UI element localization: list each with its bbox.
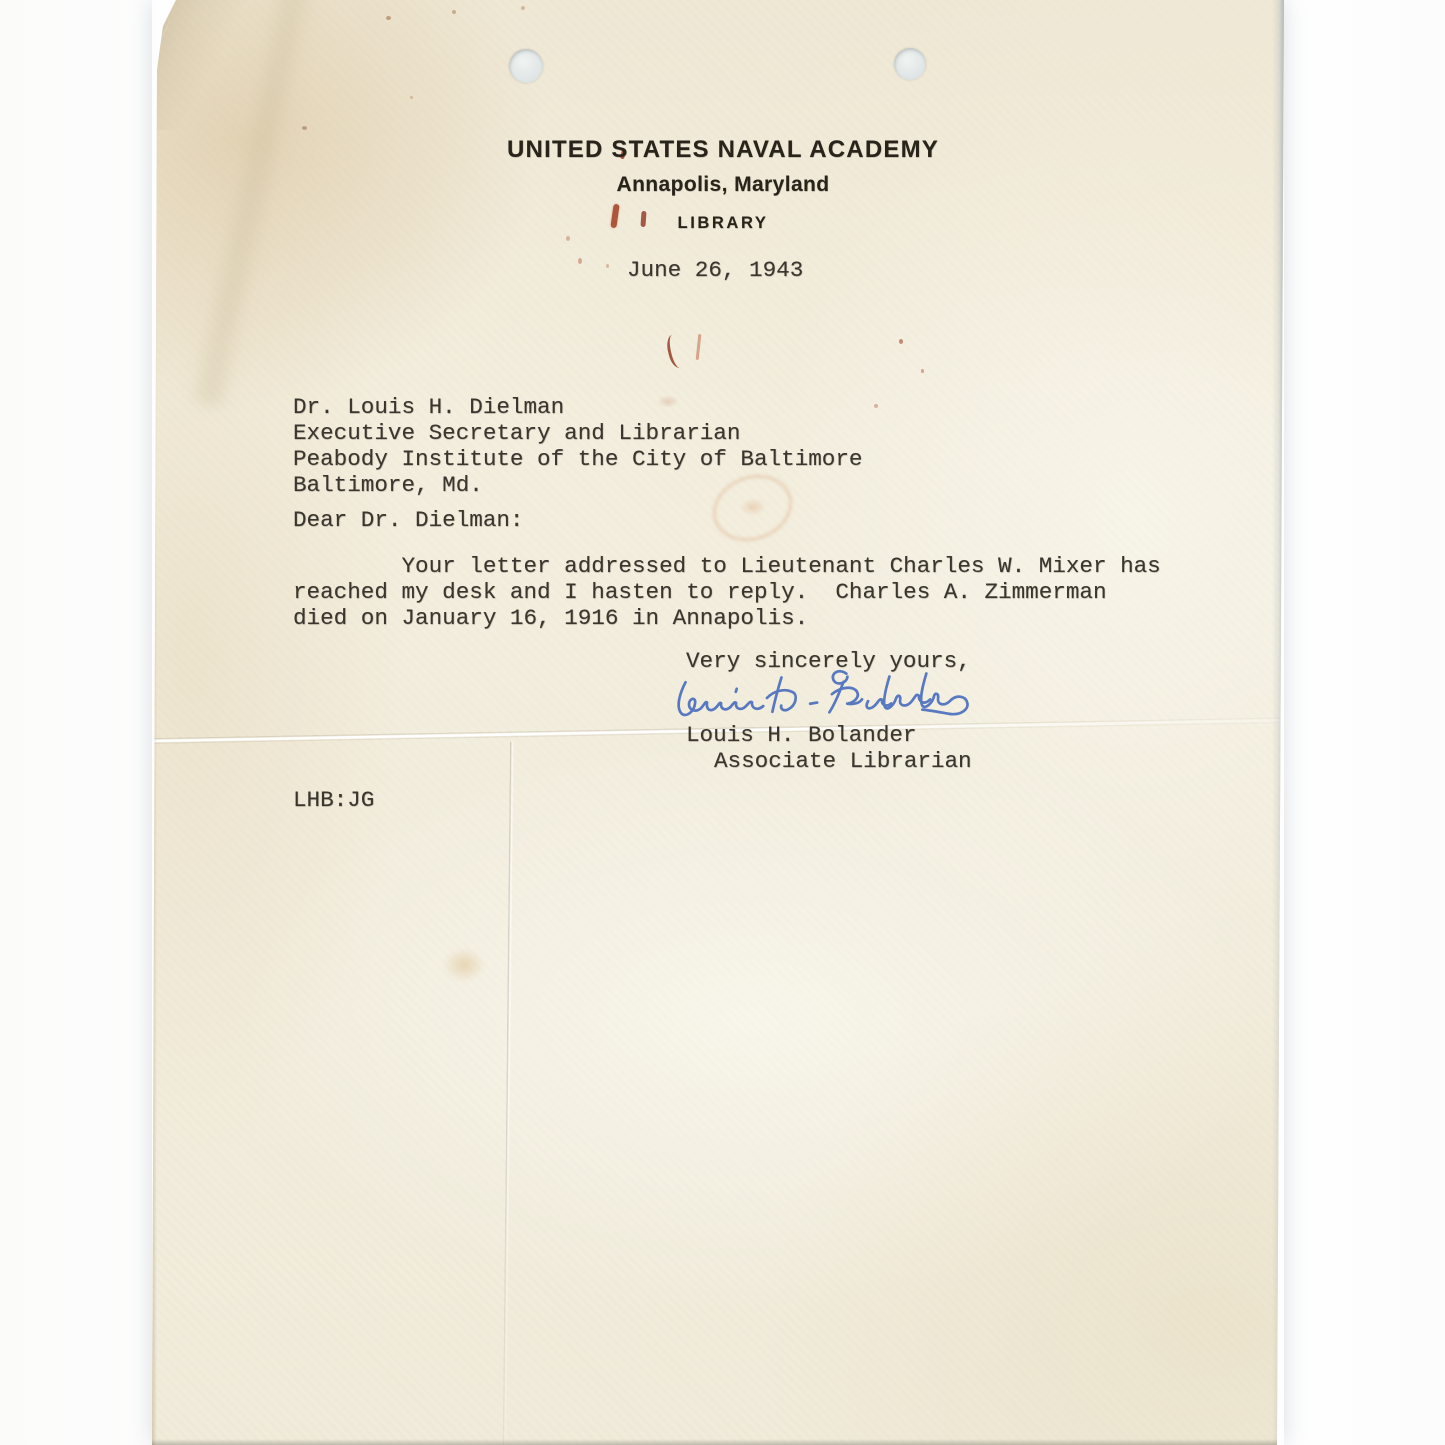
hole-punch xyxy=(509,49,543,83)
red-scratch xyxy=(696,334,702,360)
salutation: Dear Dr. Dielman: xyxy=(293,507,524,533)
tan-blotch xyxy=(443,948,485,982)
body-line: reached my desk and I hasten to reply. C… xyxy=(293,579,1107,605)
date-line: June 26, 1943 xyxy=(627,257,803,283)
letterhead-organization: UNITED STATES NAVAL ACADEMY xyxy=(507,136,939,164)
diagonal-crease xyxy=(0,20,171,742)
brown-speck xyxy=(452,10,456,14)
red-stain-dash xyxy=(610,204,619,229)
hole-punch xyxy=(894,48,926,80)
brown-speck xyxy=(386,16,391,20)
letterhead-department: LIBRARY xyxy=(678,214,769,233)
vertical-fold-crease xyxy=(503,742,514,1445)
recipient-line: Baltimore, Md. xyxy=(293,472,483,498)
letterhead-location: Annapolis, Maryland xyxy=(617,173,830,197)
paper-surface: UNITED STATES NAVAL ACADEMY Annapolis, M… xyxy=(152,0,1284,1445)
paper-sheet: UNITED STATES NAVAL ACADEMY Annapolis, M… xyxy=(152,0,1284,1445)
red-stain-dash xyxy=(640,211,646,227)
reference-initials: LHB:JG xyxy=(293,787,374,813)
letter-body: Your letter addressed to Lieutenant Char… xyxy=(293,553,1161,631)
red-speck xyxy=(606,264,609,268)
brown-speck xyxy=(521,6,525,10)
paper-edge-right xyxy=(1272,0,1284,1445)
paper-edge-left xyxy=(152,0,157,1445)
recipient-address-block: Dr. Louis H. Dielman Executive Secretary… xyxy=(293,394,862,498)
recipient-line: Peabody Institute of the City of Baltimo… xyxy=(293,446,862,472)
red-stain-hook xyxy=(664,332,689,369)
body-line: died on January 16, 1916 in Annapolis. xyxy=(293,605,808,631)
red-speck xyxy=(578,258,582,264)
dog-ear-corner-fold xyxy=(152,0,262,130)
typed-sender-title: Associate Librarian xyxy=(714,748,972,774)
red-speck xyxy=(874,404,878,408)
paper-edge-bottom xyxy=(152,1439,1284,1445)
recipient-line: Executive Secretary and Librarian xyxy=(293,420,740,446)
red-speck xyxy=(899,339,903,344)
body-line: Your letter addressed to Lieutenant Char… xyxy=(293,553,1161,579)
typed-sender-name: Louis H. Bolander xyxy=(686,722,917,748)
recipient-line: Dr. Louis H. Dielman xyxy=(293,394,564,420)
brown-speck xyxy=(302,126,307,130)
brown-speck xyxy=(410,96,413,99)
orange-smudge xyxy=(740,498,766,516)
scanned-letter: UNITED STATES NAVAL ACADEMY Annapolis, M… xyxy=(0,0,1445,1445)
red-speck xyxy=(921,369,924,373)
red-speck xyxy=(566,236,570,241)
